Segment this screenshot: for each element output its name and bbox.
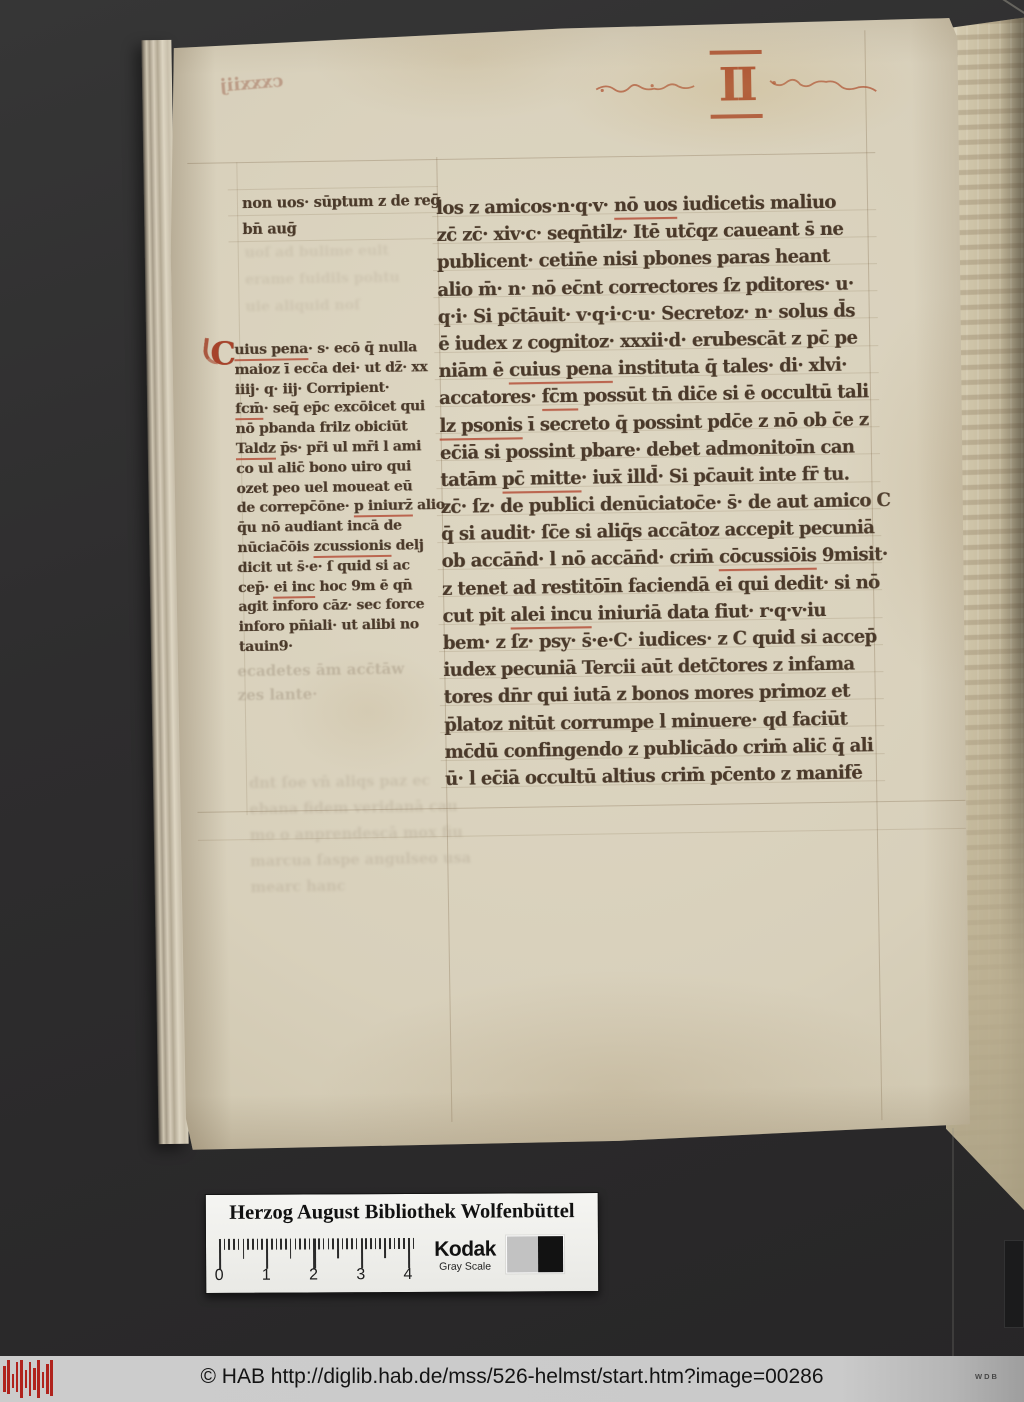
ruler-tick [342,1238,344,1249]
cradle-edge-line [952,1128,954,1356]
folio-mark: II [556,47,917,123]
ruler-tick [403,1238,405,1249]
manuscript-line: ū· l ec̄iā occultū altius crim̄ pc̄ento … [445,758,897,794]
ruler-tick [370,1238,372,1249]
manuscript-line: maioz ī ecc̄a dei· ut dz̄· xx [234,358,440,381]
ruler-tick [285,1239,287,1250]
bleedthrough-line: zes lante· [238,681,405,708]
ruler-tick [224,1239,226,1250]
manuscript-line: tauin9· [239,635,445,658]
ruler-tick [271,1239,273,1250]
bleedthrough-line: marcua ſaspe angulseo usa [250,846,471,875]
ruler-tick [384,1238,386,1258]
manuscript-line: non uos· sūptum z de reḡ [242,188,438,217]
copyright-caption: © HAB http://diglib.hab.de/mss/526-helms… [0,1365,1024,1389]
ruler-tick [313,1238,315,1268]
ruler-number: 1 [262,1267,271,1285]
ruler-tick [266,1239,268,1269]
ruler-tick [219,1239,221,1269]
ruling-lines [167,18,957,30]
ruler-tick [233,1239,235,1250]
grayscale-patch-light [507,1236,538,1272]
ruler-tick [394,1238,396,1249]
ruler-number: 2 [309,1266,318,1284]
ruler-tick [323,1238,325,1249]
bleedthrough-text-mid: ecadetes ām acc̄tāwzes lante· [237,657,405,708]
folio-flourish-left-icon [594,72,704,100]
library-name-label: Herzog August Bibliothek Wolfenbüttel [206,1200,598,1225]
bleedthrough-text-upper: uoſ ad bulime eulterame fuidils pohtuuie… [245,238,401,321]
ruler-tick [228,1239,230,1250]
clip-shadow-object [1004,1240,1024,1328]
manuscript-line: Taldz p̄s· pr̄i ul mr̄i l ami [236,437,442,460]
ruler-tick [412,1238,414,1249]
ruler-tick [276,1239,278,1250]
ruler-tick [247,1239,249,1250]
ruler-tick [361,1238,363,1268]
ruler-tick [238,1239,240,1250]
ruler-tick [318,1238,320,1249]
wdb-watermark: WDB [975,1372,999,1381]
bleedthrough-line: uie aliquid noſ [245,292,400,321]
ruler-tick [304,1239,306,1250]
gloss-column: C uius pena· s· ecō q̄ nullamaioz ī ecc̄… [234,338,445,658]
ruler-tick [299,1239,301,1250]
ruler-card: Herzog August Bibliothek Wolfenbüttel 01… [205,1192,600,1294]
ruler-tick [408,1238,410,1268]
grayscale-patch [506,1235,564,1273]
bleedthrough-line: erame fuidils pohtu [245,265,400,294]
ruler-tick [375,1238,377,1249]
caption-bar: © HAB http://diglib.hab.de/mss/526-helms… [0,1356,1024,1402]
kodak-block: Kodak Gray Scale [426,1238,504,1272]
main-text-column: los z amicos·n·q·v· nō uos iudicetis mal… [436,187,897,792]
folio-number: II [710,50,762,119]
ruler-tick [280,1239,282,1250]
corner-inscription: cxxxiij [219,70,284,96]
manuscript-line: de correpc̄ōne· p iniurz̄ alio [237,496,443,519]
ruling-line [198,800,966,813]
corner-glint [1000,0,1024,17]
ruler-tick [356,1238,358,1249]
bleedthrough-line: dnt ſoe vn̄ aliqs paz ec [249,768,470,797]
ruler-tick [346,1238,348,1249]
grayscale-label: Gray Scale [426,1260,504,1272]
ruler-tick [290,1239,292,1259]
marginal-note: non uos· sūptum z de reḡbn̄ auḡ [242,188,439,243]
ruler-numbers: 01234 [219,1266,439,1287]
ruler-tick [261,1239,263,1250]
gloss-initial: C [210,334,236,372]
ruler-tick [328,1238,330,1249]
kodak-label: Kodak [426,1238,504,1260]
manuscript-line: bn̄ auḡ [242,214,438,243]
manuscript-line: fcm̄· seq̄ ep̄c excōicet qui [235,397,441,420]
ruling-line [198,828,966,841]
bleedthrough-line: mo o anprendescā mox fiu [250,820,471,849]
ruler-tick [309,1238,311,1249]
ruler-number: 4 [403,1266,412,1284]
bleedthrough-text-lower: dnt ſoe vn̄ aliqs paz ecebana fidem veri… [249,768,472,901]
ruler-number: 0 [215,1267,224,1285]
ruler-tick [257,1239,259,1250]
manuscript-line: inforo pn̄iali· ut alibi no [238,615,444,638]
ruler-tick [294,1239,296,1250]
bleedthrough-line: ecadetes ām acc̄tāw [237,657,404,684]
ruler-tick [332,1238,334,1249]
manuscript-line: nūciac̄ōis zcussionis delj [237,536,443,559]
ruler-tick [365,1238,367,1249]
ruler-tick [379,1238,381,1249]
manuscript-page: cxxxiij II non uos· sūptum z de reḡbn̄ a… [167,18,975,1152]
bleedthrough-line: mearc hanc [251,872,472,901]
ruler-tick [337,1238,339,1258]
ruling-line [187,152,875,164]
ruler-tick [252,1239,254,1250]
ruler-tick [398,1238,400,1249]
gloss-lines: uius pena· s· ecō q̄ nullamaioz ī ecc̄a … [234,338,445,658]
ruler-tick [243,1239,245,1259]
ruler-number: 3 [356,1266,365,1284]
ruler-tick [389,1238,391,1249]
ruler-tick [351,1238,353,1249]
grayscale-patch-dark [538,1236,564,1272]
folio-flourish-right-icon [767,69,877,97]
